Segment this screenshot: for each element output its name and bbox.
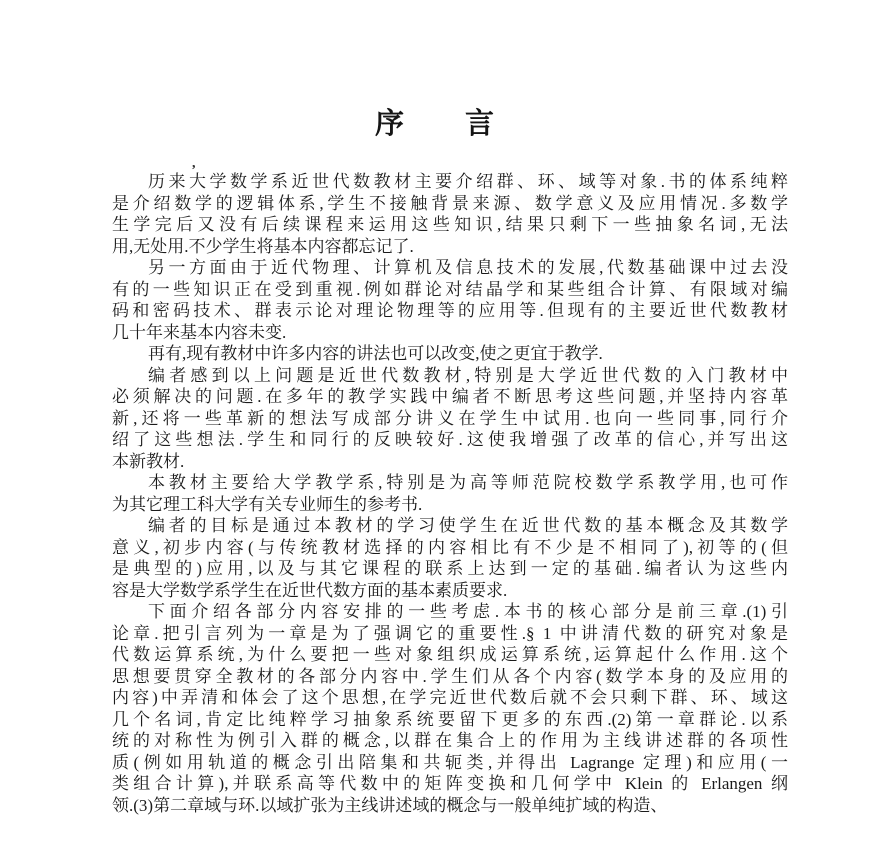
paragraph-5: 本教材主要给大学教学系,特别是为高等师范院校数学系教学用,也可作 为其它理工科大… xyxy=(112,472,788,515)
text-line: 统的对称性为例引入群的概念,以群在集合上的作用为主线讲述群的各项性 xyxy=(112,730,788,752)
text-line: 论章.把引言列为一章是为了强调它的重要性.§ 1 中讲清代数的研究对象是 xyxy=(112,623,788,645)
text-line: 本教材主要给大学教学系,特别是为高等师范院校数学系教学用,也可作 xyxy=(112,472,788,494)
paragraph-7: 下面介绍各部分内容安排的一些考虑.本书的核心部分是前三章.(1)引 论章.把引言… xyxy=(112,601,788,816)
preface-body: 历来大学数学系近世代数教材主要介绍群、环、域等对象.书的体系纯粹 是介绍数学的逻… xyxy=(112,171,788,816)
text-line: 绍了这些想法.学生和同行的反映较好.这使我增强了改革的信心,并写出这 xyxy=(112,429,788,451)
text-line: 代数运算系统,为什么要把一些对象组织成运算系统,运算起什么作用.这个 xyxy=(112,644,788,666)
text-line: 编者感到以上问题是近世代数教材,特别是大学近世代数的入门教材中 xyxy=(112,365,788,387)
text-line: 有的一些知识正在受到重视.例如群论对结晶学和某些组合计算、有限域对编 xyxy=(112,279,788,301)
text-line: 思想要贯穿全教材的各部分内容中.学生们从各个内容(数学本身的及应用的 xyxy=(112,666,788,688)
book-page: 序 言 , 历来大学数学系近世代数教材主要介绍群、环、域等对象.书的体系纯粹 是… xyxy=(0,0,870,842)
text-line: 码和密码技术、群表示论对理论物理等的应用等.但现有的主要近世代数教材 xyxy=(112,300,788,322)
text-line: 本新教材. xyxy=(112,451,788,473)
text-line: 编者的目标是通过本教材的学习使学生在近世代数的基本概念及其数学 xyxy=(112,515,788,537)
text-line: 必须解决的问题.在多年的教学实践中编者不断思考这些问题,并坚持内容革 xyxy=(112,386,788,408)
paragraph-2: 另一方面由于近代物理、计算机及信息技术的发展,代数基础课中过去没 有的一些知识正… xyxy=(112,257,788,343)
text-line: 新,还将一些革新的想法写成部分讲义在学生中试用.也向一些同事,同行介 xyxy=(112,408,788,430)
text-line: 类组合计算),并联系高等代数中的矩阵变换和几何学中 Klein 的 Erlang… xyxy=(112,773,788,795)
text-line: 历来大学数学系近世代数教材主要介绍群、环、域等对象.书的体系纯粹 xyxy=(112,171,788,193)
text-line: 再有,现有教材中许多内容的讲法也可以改变,使之更宜于教学. xyxy=(112,343,788,365)
text-line: 内容)中弄清和体会了这个思想,在学完近世代数后就不会只剩下群、环、域这 xyxy=(112,687,788,709)
text-line: 几十年来基本内容未变. xyxy=(112,322,788,344)
text-line: 另一方面由于近代物理、计算机及信息技术的发展,代数基础课中过去没 xyxy=(112,257,788,279)
text-line: 生学完后又没有后续课程来运用这些知识,结果只剩下一些抽象名词,无法 xyxy=(112,214,788,236)
paragraph-6: 编者的目标是通过本教材的学习使学生在近世代数的基本概念及其数学 意义,初步内容(… xyxy=(112,515,788,601)
text-line: 是典型的)应用,以及与其它课程的联系上达到一定的基础.编者认为这些内 xyxy=(112,558,788,580)
text-line: 领.(3)第二章域与环.以域扩张为主线讲述域的概念与一般单纯扩域的构造、 xyxy=(112,795,788,817)
text-line: 意义,初步内容(与传统教材选择的内容相比有不少是不相同了),初等的(但 xyxy=(112,537,788,559)
paragraph-4: 编者感到以上问题是近世代数教材,特别是大学近世代数的入门教材中 必须解决的问题.… xyxy=(112,365,788,473)
text-line: 是介绍数学的逻辑体系,学生不接触背景来源、数学意义及应用情况.多数学 xyxy=(112,193,788,215)
text-line: 容是大学数学系学生在近世代数方面的基本素质要求. xyxy=(112,580,788,602)
text-line: 用,无处用.不少学生将基本内容都忘记了. xyxy=(112,236,788,258)
page-title: 序 言 xyxy=(0,101,870,142)
text-line: 质(例如用轨道的概念引出陪集和共轭类,并得出 Lagrange 定理)和应用(一 xyxy=(112,752,788,774)
text-line: 下面介绍各部分内容安排的一些考虑.本书的核心部分是前三章.(1)引 xyxy=(112,601,788,623)
paragraph-1: 历来大学数学系近世代数教材主要介绍群、环、域等对象.书的体系纯粹 是介绍数学的逻… xyxy=(112,171,788,257)
paragraph-3: 再有,现有教材中许多内容的讲法也可以改变,使之更宜于教学. xyxy=(112,343,788,365)
stray-ink-mark: , xyxy=(192,156,196,172)
text-line: 几个名词,肯定比纯粹学习抽象系统要留下更多的东西.(2)第一章群论.以系 xyxy=(112,709,788,731)
text-line: 为其它理工科大学有关专业师生的参考书. xyxy=(112,494,788,516)
